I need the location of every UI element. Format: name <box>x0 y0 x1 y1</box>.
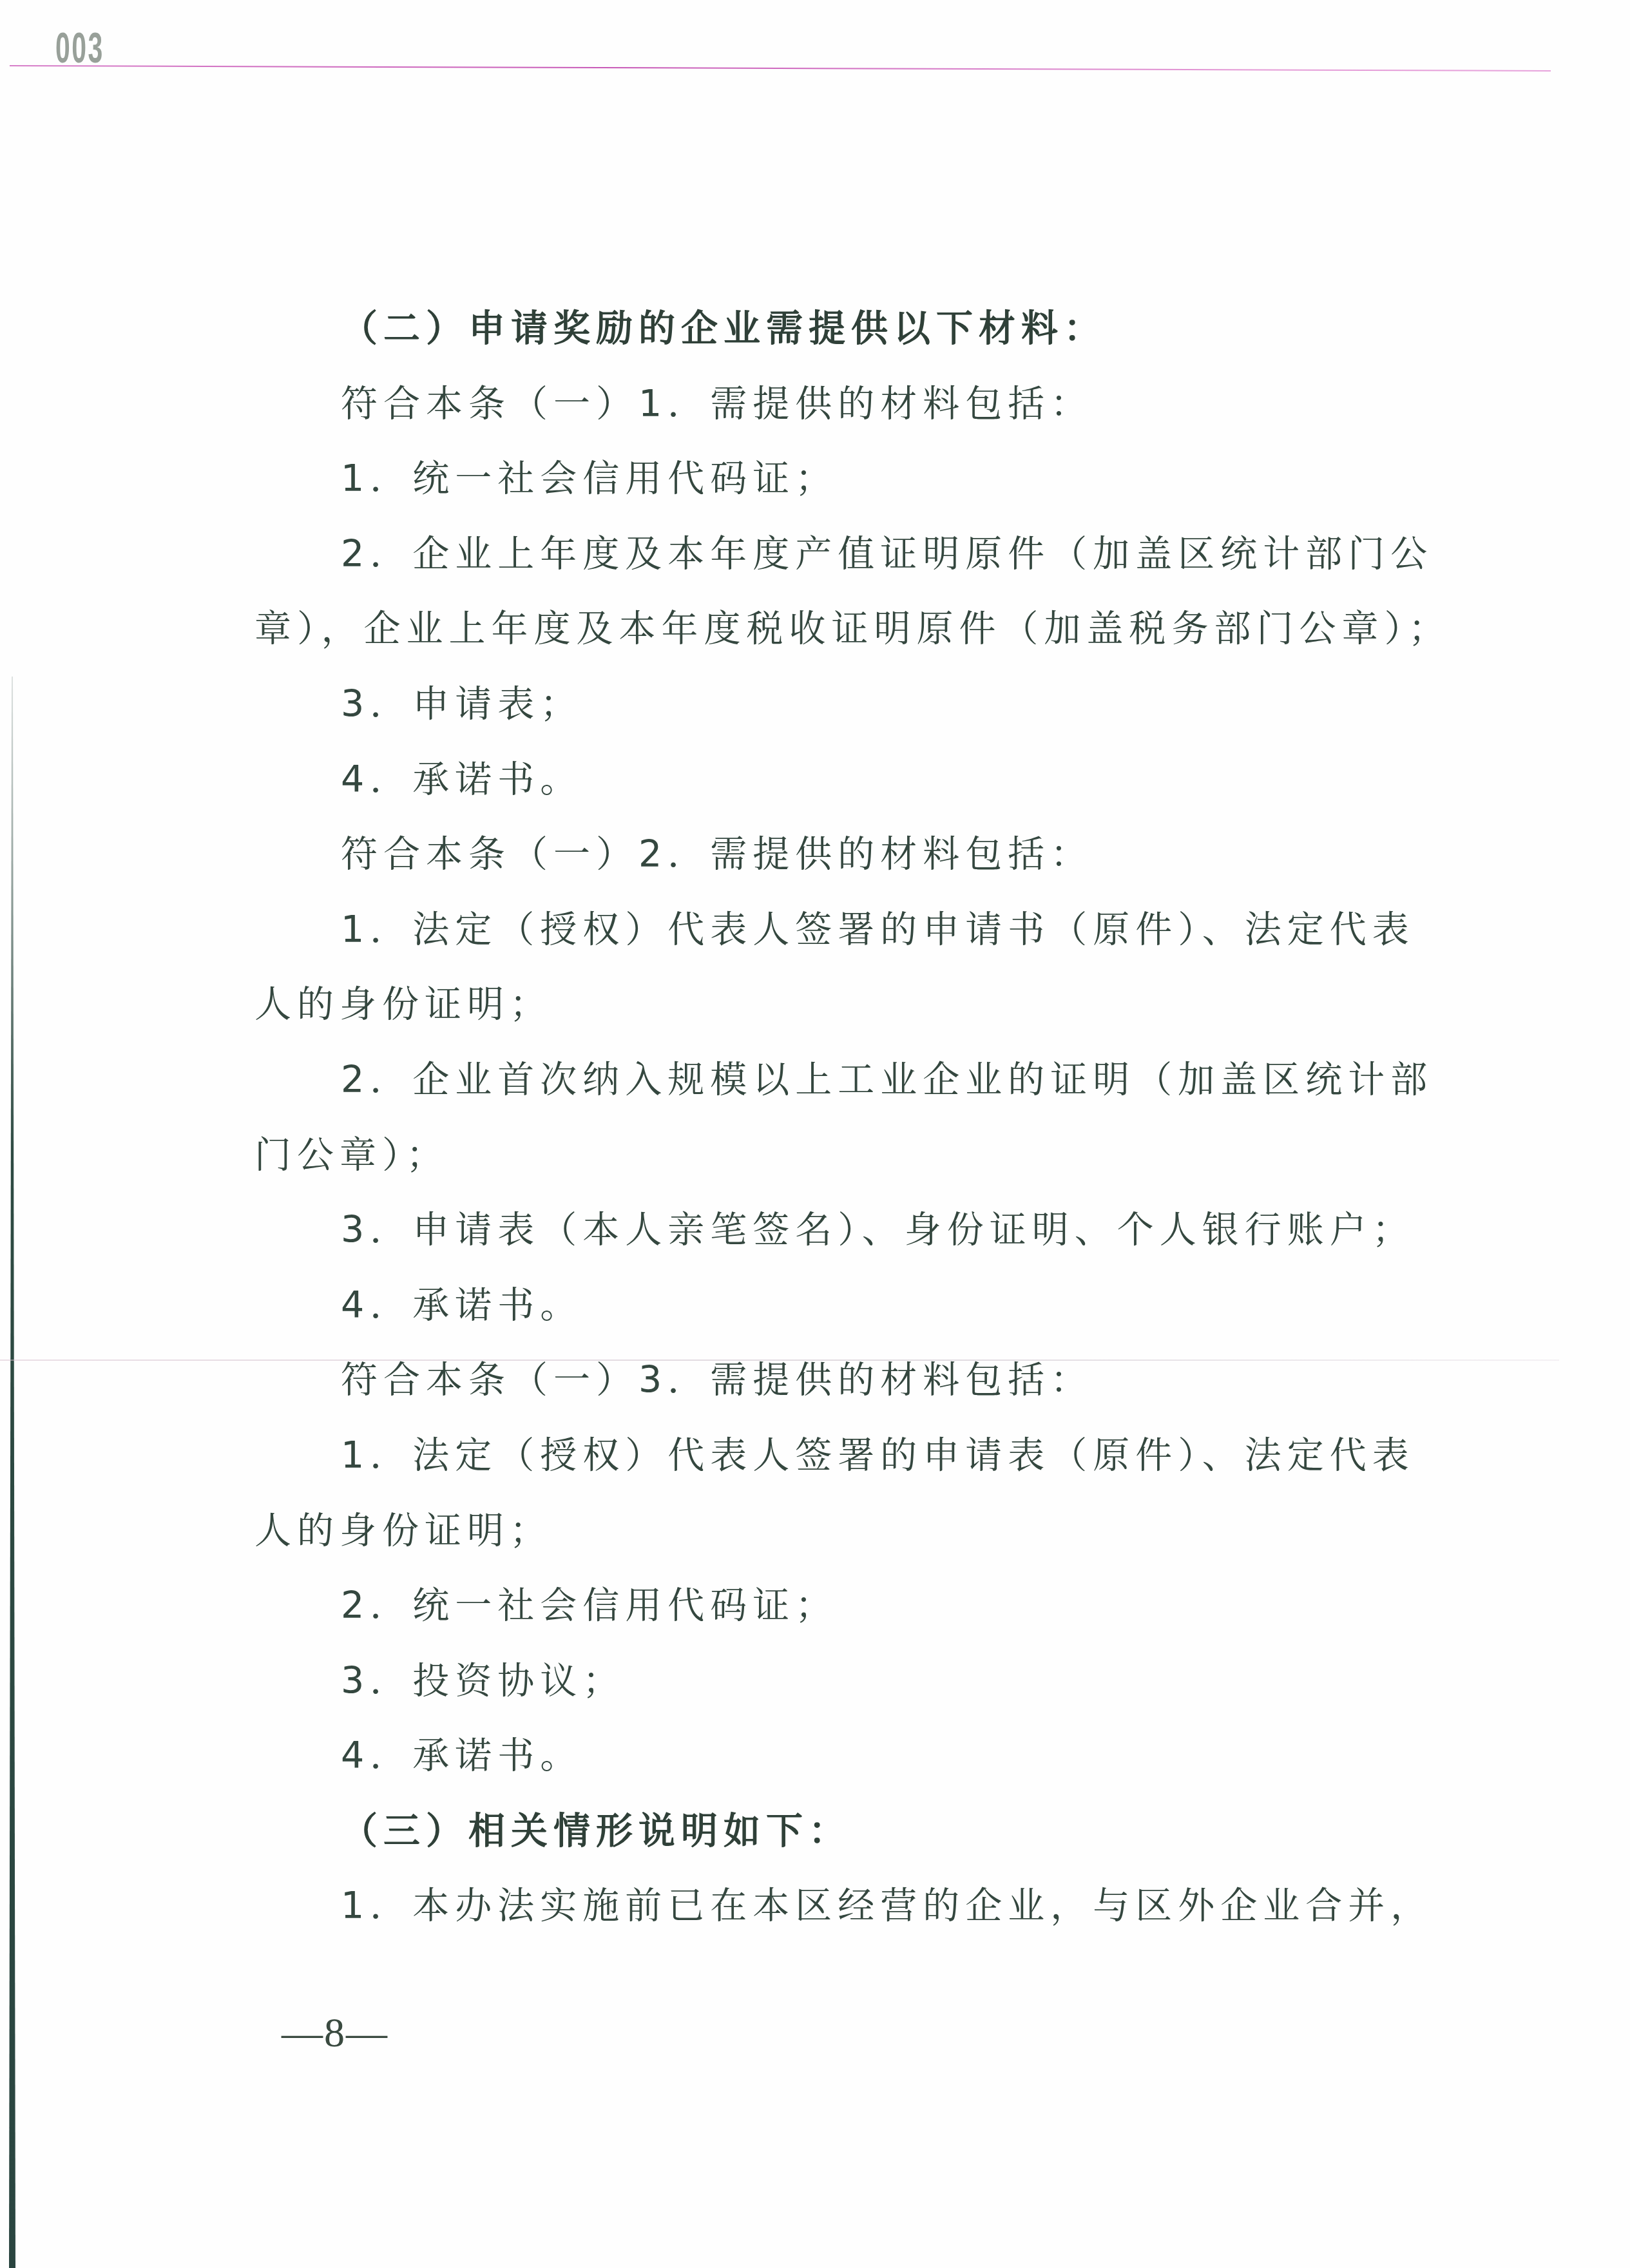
list-item: 4．承诺书。 <box>254 1268 1453 1343</box>
header-rule <box>10 65 1551 72</box>
document-page: 003 （二）申请奖励的企业需提供以下材料： 符合本条（一）1．需提供的材料包括… <box>0 0 1630 2268</box>
section-heading-3: （三）相关情形说明如下： <box>254 1794 1453 1869</box>
section-heading-2: （二）申请奖励的企业需提供以下材料： <box>254 291 1453 367</box>
page-number: —8— <box>282 2009 388 2057</box>
list-item: 1．本办法实施前已在本区经营的企业，与区外企业合并， <box>254 1869 1453 1944</box>
list-item: 3．投资协议； <box>254 1644 1453 1719</box>
paragraph-condition-2-intro: 符合本条（一）2．需提供的材料包括： <box>254 817 1453 892</box>
paragraph-condition-3-intro: 符合本条（一）3．需提供的材料包括： <box>254 1343 1453 1418</box>
list-item: 1．法定（授权）代表人签署的申请表（原件）、法定代表人的身份证明； <box>254 1418 1453 1568</box>
list-item: 1．法定（授权）代表人签署的申请书（原件）、法定代表人的身份证明； <box>254 892 1453 1043</box>
list-item: 2．企业首次纳入规模以上工业企业的证明（加盖区统计部门公章）； <box>254 1043 1453 1193</box>
scan-binding-edge <box>9 677 15 2268</box>
paragraph-condition-1-intro: 符合本条（一）1．需提供的材料包括： <box>254 367 1453 442</box>
list-item: 4．承诺书。 <box>254 1718 1453 1794</box>
list-item: 3．申请表（本人亲笔签名）、身份证明、个人银行账户； <box>254 1193 1453 1268</box>
list-item: 1．统一社会信用代码证； <box>254 441 1453 517</box>
list-item: 4．承诺书。 <box>254 742 1453 818</box>
list-item: 3．申请表； <box>254 667 1453 742</box>
list-item: 2．统一社会信用代码证； <box>254 1568 1453 1644</box>
list-item: 2．企业上年度及本年度产值证明原件（加盖区统计部门公章），企业上年度及本年度税收… <box>254 517 1453 667</box>
document-body: （二）申请奖励的企业需提供以下材料： 符合本条（一）1．需提供的材料包括： 1．… <box>254 291 1453 1944</box>
